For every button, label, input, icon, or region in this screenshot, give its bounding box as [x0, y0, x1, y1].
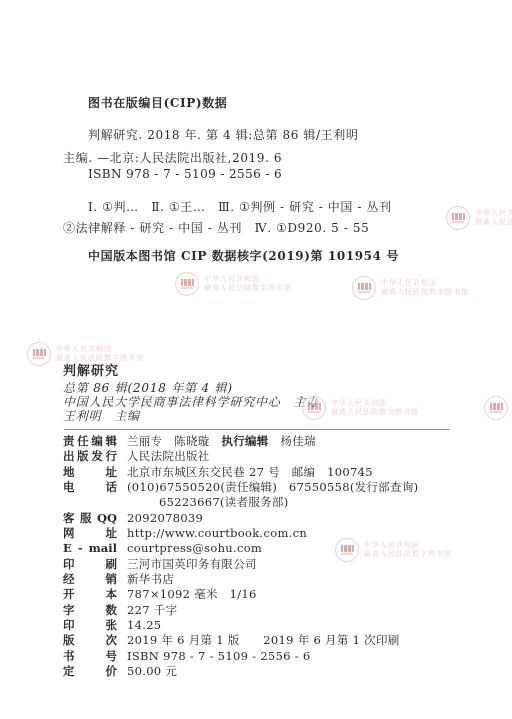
responsible-editor-names: 兰丽专 陈晓璇 — [127, 434, 221, 448]
colophon-value: 三河市国英印务有限公司 — [127, 557, 257, 572]
colophon-label: 地 址 — [63, 465, 117, 480]
watermark-line1: 中华人民共和国 — [204, 275, 292, 284]
colophon-label: 字 数 — [63, 603, 117, 618]
watermark-line2: 最高人民法院数字图书馆 — [204, 284, 292, 293]
court-emblem-icon — [175, 272, 199, 296]
colophon-label: 客服QQ — [63, 511, 117, 526]
colophon-row-distributor: 经 销 新华书店 — [63, 572, 483, 587]
colophon-label: 网 址 — [63, 526, 117, 541]
cip-classification-line2: ②法律解释 - 研究 - 中国 - 丛刊 Ⅳ. ①D920. 5 - 55 — [63, 219, 369, 236]
colophon-value: ISBN 978 - 7 - 5109 - 2556 - 6 — [127, 649, 311, 664]
colophon-label: 开 本 — [63, 587, 117, 602]
executive-editor-label: 执行编辑 — [221, 434, 268, 448]
colophon-label: 版 次 — [63, 633, 117, 648]
colophon-row-editors: 责任编辑 兰丽专 陈晓璇 执行编辑 杨佳瑞 — [63, 434, 483, 449]
watermark-text: 中华人民共和国最高人民法院数字图书馆 — [381, 279, 469, 297]
court-emblem-icon — [484, 396, 508, 420]
cip-header: 图书在版编目(CIP)数据 — [88, 94, 227, 111]
court-emblem-icon — [352, 276, 376, 300]
colophon-row-qq: 客服QQ 2092078039 — [63, 511, 483, 526]
colophon-value: http://www.courtbook.com.cn — [127, 526, 307, 541]
colophon-value: 227 千字 — [127, 603, 177, 618]
chief-editor-line: 王利明 主编 — [63, 407, 140, 424]
colophon-row-wordcount: 字 数 227 千字 — [63, 603, 483, 618]
colophon-label: 出版发行 — [63, 449, 117, 464]
colophon-value: 50.00 元 — [127, 664, 177, 679]
colophon-table: 责任编辑 兰丽专 陈晓璇 执行编辑 杨佳瑞 出版发行 人民法院出版社 地 址 北… — [63, 434, 483, 680]
colophon-label: 定 价 — [63, 664, 117, 679]
colophon-row-sheets: 印 张 14.25 — [63, 618, 483, 633]
colophon-row-email: E - mail courtpress@sohu.com — [63, 541, 483, 556]
court-watermark: 中华人民共和国最高人民法院数字图书馆 — [175, 272, 292, 296]
colophon-row-website: 网 址 http://www.courtbook.com.cn — [63, 526, 483, 541]
colophon-row-publisher: 出版发行 人民法院出版社 — [63, 449, 483, 464]
colophon-row-isbn: 书 号 ISBN 978 - 7 - 5109 - 2556 - 6 — [63, 649, 483, 664]
colophon-label: 书 号 — [63, 649, 117, 664]
colophon-row-phone: 电 话 (010)67550520(责任编辑) 67550558(发行部查询) — [63, 480, 483, 495]
court-watermark: 中华人民共和国最高人民法院数字图书馆 — [302, 396, 419, 420]
watermark-text: 中华人民共和国最高人民法院数字图书馆 — [475, 209, 512, 227]
colophon-label: 印 张 — [63, 618, 117, 633]
colophon-row-edition: 版 次 2019 年 6 月第 1 版 2019 年 6 月第 1 次印刷 — [63, 633, 483, 648]
colophon-value: 65223667(读者服务部) — [159, 495, 289, 510]
colophon-label: 电 话 — [63, 480, 117, 495]
colophon-label: 经 销 — [63, 572, 117, 587]
court-emblem-icon — [446, 206, 470, 230]
cip-classification-line1: Ⅰ. ①判… Ⅱ. ①王… Ⅲ. ①判例 - 研究 - 中国 - 丛刊 — [88, 198, 392, 215]
colophon-value: 2092078039 — [127, 511, 203, 526]
watermark-line2: 最高人民法院数字图书馆 — [381, 288, 469, 297]
court-watermark: 中华人民共和国最高人民法院数字图书馆 — [446, 206, 512, 230]
watermark-text: 中华人民共和国最高人民法院数字图书馆 — [331, 399, 419, 417]
watermark-line2: 最高人民法院数字图书馆 — [331, 408, 419, 417]
watermark-line2: 最高人民法院数字图书馆 — [475, 218, 512, 227]
colophon-row-phone2: 65223667(读者服务部) — [63, 495, 483, 510]
colophon-value: 2019 年 6 月第 1 版 2019 年 6 月第 1 次印刷 — [127, 633, 400, 648]
watermark-line1: 中华人民共和国 — [56, 345, 144, 354]
colophon-value: 787×1092 毫米 1/16 — [127, 587, 257, 602]
cip-record-line2: 主编. —北京:人民法院出版社,2019. 6 — [63, 149, 282, 166]
book-title: 判解研究 — [63, 360, 119, 379]
colophon-value: 北京市东城区东交民巷 27 号 邮编 100745 — [127, 465, 373, 480]
book-copyright-page: 图书在版编目(CIP)数据 判解研究. 2018 年. 第 4 辑:总第 86 … — [0, 0, 512, 719]
cip-isbn-line: ISBN 978 - 7 - 5109 - 2556 - 6 — [88, 167, 282, 181]
divider-rule — [64, 429, 450, 430]
executive-editor-name: 杨佳瑞 — [269, 434, 316, 448]
court-emblem-icon — [27, 342, 51, 366]
colophon-row-printer: 印 刷 三河市国英印务有限公司 — [63, 557, 483, 572]
colophon-value: 兰丽专 陈晓璇 执行编辑 杨佳瑞 — [127, 434, 316, 449]
colophon-row-address: 地 址 北京市东城区东交民巷 27 号 邮编 100745 — [63, 465, 483, 480]
colophon-value: courtpress@sohu.com — [127, 541, 262, 556]
watermark-line1: 中华人民共和国 — [475, 209, 512, 218]
colophon-label: 责任编辑 — [63, 434, 117, 449]
colophon-value: 新华书店 — [127, 572, 174, 587]
colophon-value: (010)67550520(责任编辑) 67550558(发行部查询) — [127, 480, 418, 495]
cip-record-line1: 判解研究. 2018 年. 第 4 辑:总第 86 辑/王利明 — [88, 126, 358, 143]
watermark-line1: 中华人民共和国 — [331, 399, 419, 408]
colophon-label: 印 刷 — [63, 557, 117, 572]
watermark-line1: 中华人民共和国 — [381, 279, 469, 288]
colophon-value: 14.25 — [127, 618, 161, 633]
watermark-text: 中华人民共和国最高人民法院数字图书馆 — [204, 275, 292, 293]
cip-registration-number: 中国版本图书馆 CIP 数据核字(2019)第 101954 号 — [88, 247, 399, 264]
colophon-row-price: 定 价 50.00 元 — [63, 664, 483, 679]
court-watermark: 中华人民共和国最高人民法院数字图书馆 — [484, 396, 512, 420]
colophon-label: E - mail — [63, 541, 117, 556]
court-watermark: 中华人民共和国最高人民法院数字图书馆 — [352, 276, 469, 300]
colophon-value: 人民法院出版社 — [127, 449, 210, 464]
colophon-row-format: 开 本 787×1092 毫米 1/16 — [63, 587, 483, 602]
